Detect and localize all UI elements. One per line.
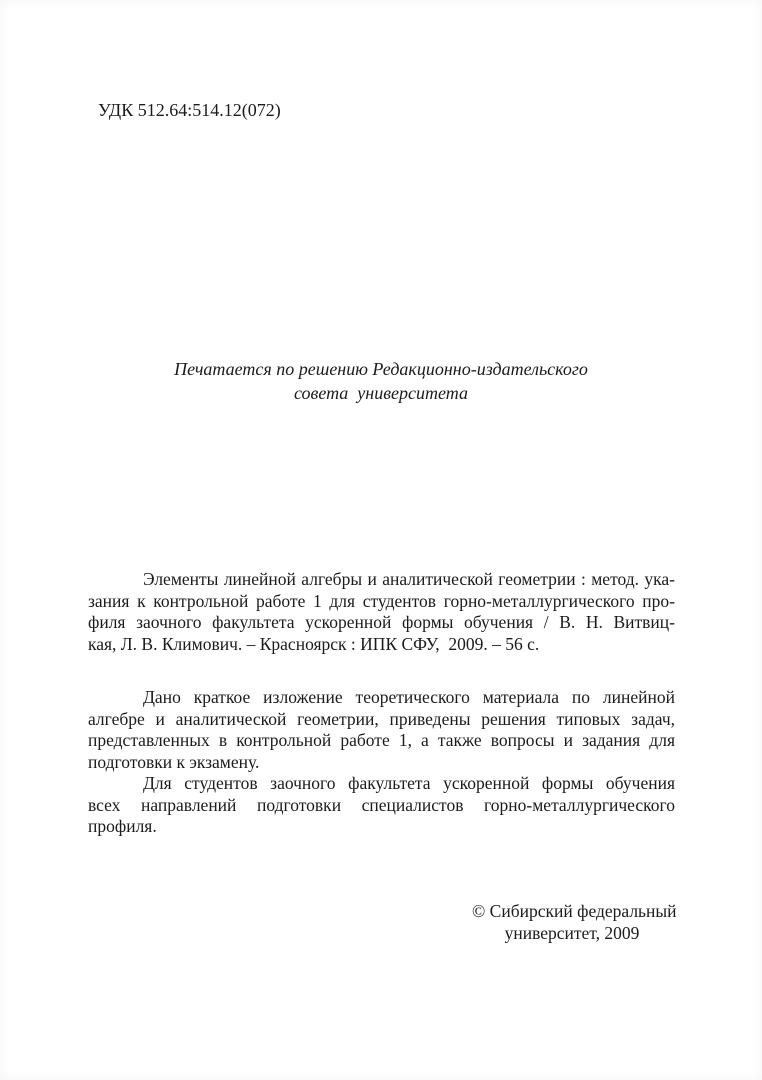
annotation-line: Дано краткое изложение теоретического ма… <box>88 687 675 709</box>
imprint-note-line: совета университета <box>0 382 762 406</box>
copyright-line: университет, 2009 <box>472 922 672 944</box>
annotation-line: Для студентов заочного факультета ускоре… <box>88 773 675 795</box>
copyright-notice: © Сибирский федеральный университет, 200… <box>472 900 672 944</box>
biblio-line: филя заочного факультета ускоренной форм… <box>88 612 675 634</box>
annotation-line: всех направлений подготовки специалистов… <box>88 795 675 817</box>
annotation-line: представленных в контрольной работе 1, а… <box>88 730 675 752</box>
udc-code: УДК 512.64:514.12(072) <box>98 99 281 121</box>
biblio-line: кая, Л. В. Климович. – Красноярск : ИПК … <box>88 634 675 656</box>
annotation-line: алгебре и аналитической геометрии, приве… <box>88 709 675 731</box>
annotation-line: профиля. <box>88 816 675 838</box>
copyright-line: © Сибирский федеральный <box>472 900 672 922</box>
annotation: Дано краткое изложение теоретического ма… <box>88 687 675 838</box>
annotation-line: подготовки к экзамену. <box>88 752 675 774</box>
biblio-line: зания к контрольной работе 1 для студент… <box>88 591 675 613</box>
bibliographic-record: Элементы линейной алгебры и аналитическо… <box>88 569 675 655</box>
biblio-line: Элементы линейной алгебры и аналитическо… <box>88 569 675 591</box>
imprint-note-line: Печатается по решению Редакционно-издате… <box>0 358 762 382</box>
imprint-note: Печатается по решению Редакционно-издате… <box>0 358 762 405</box>
document-page: УДК 512.64:514.12(072) Печатается по реш… <box>0 0 762 1080</box>
